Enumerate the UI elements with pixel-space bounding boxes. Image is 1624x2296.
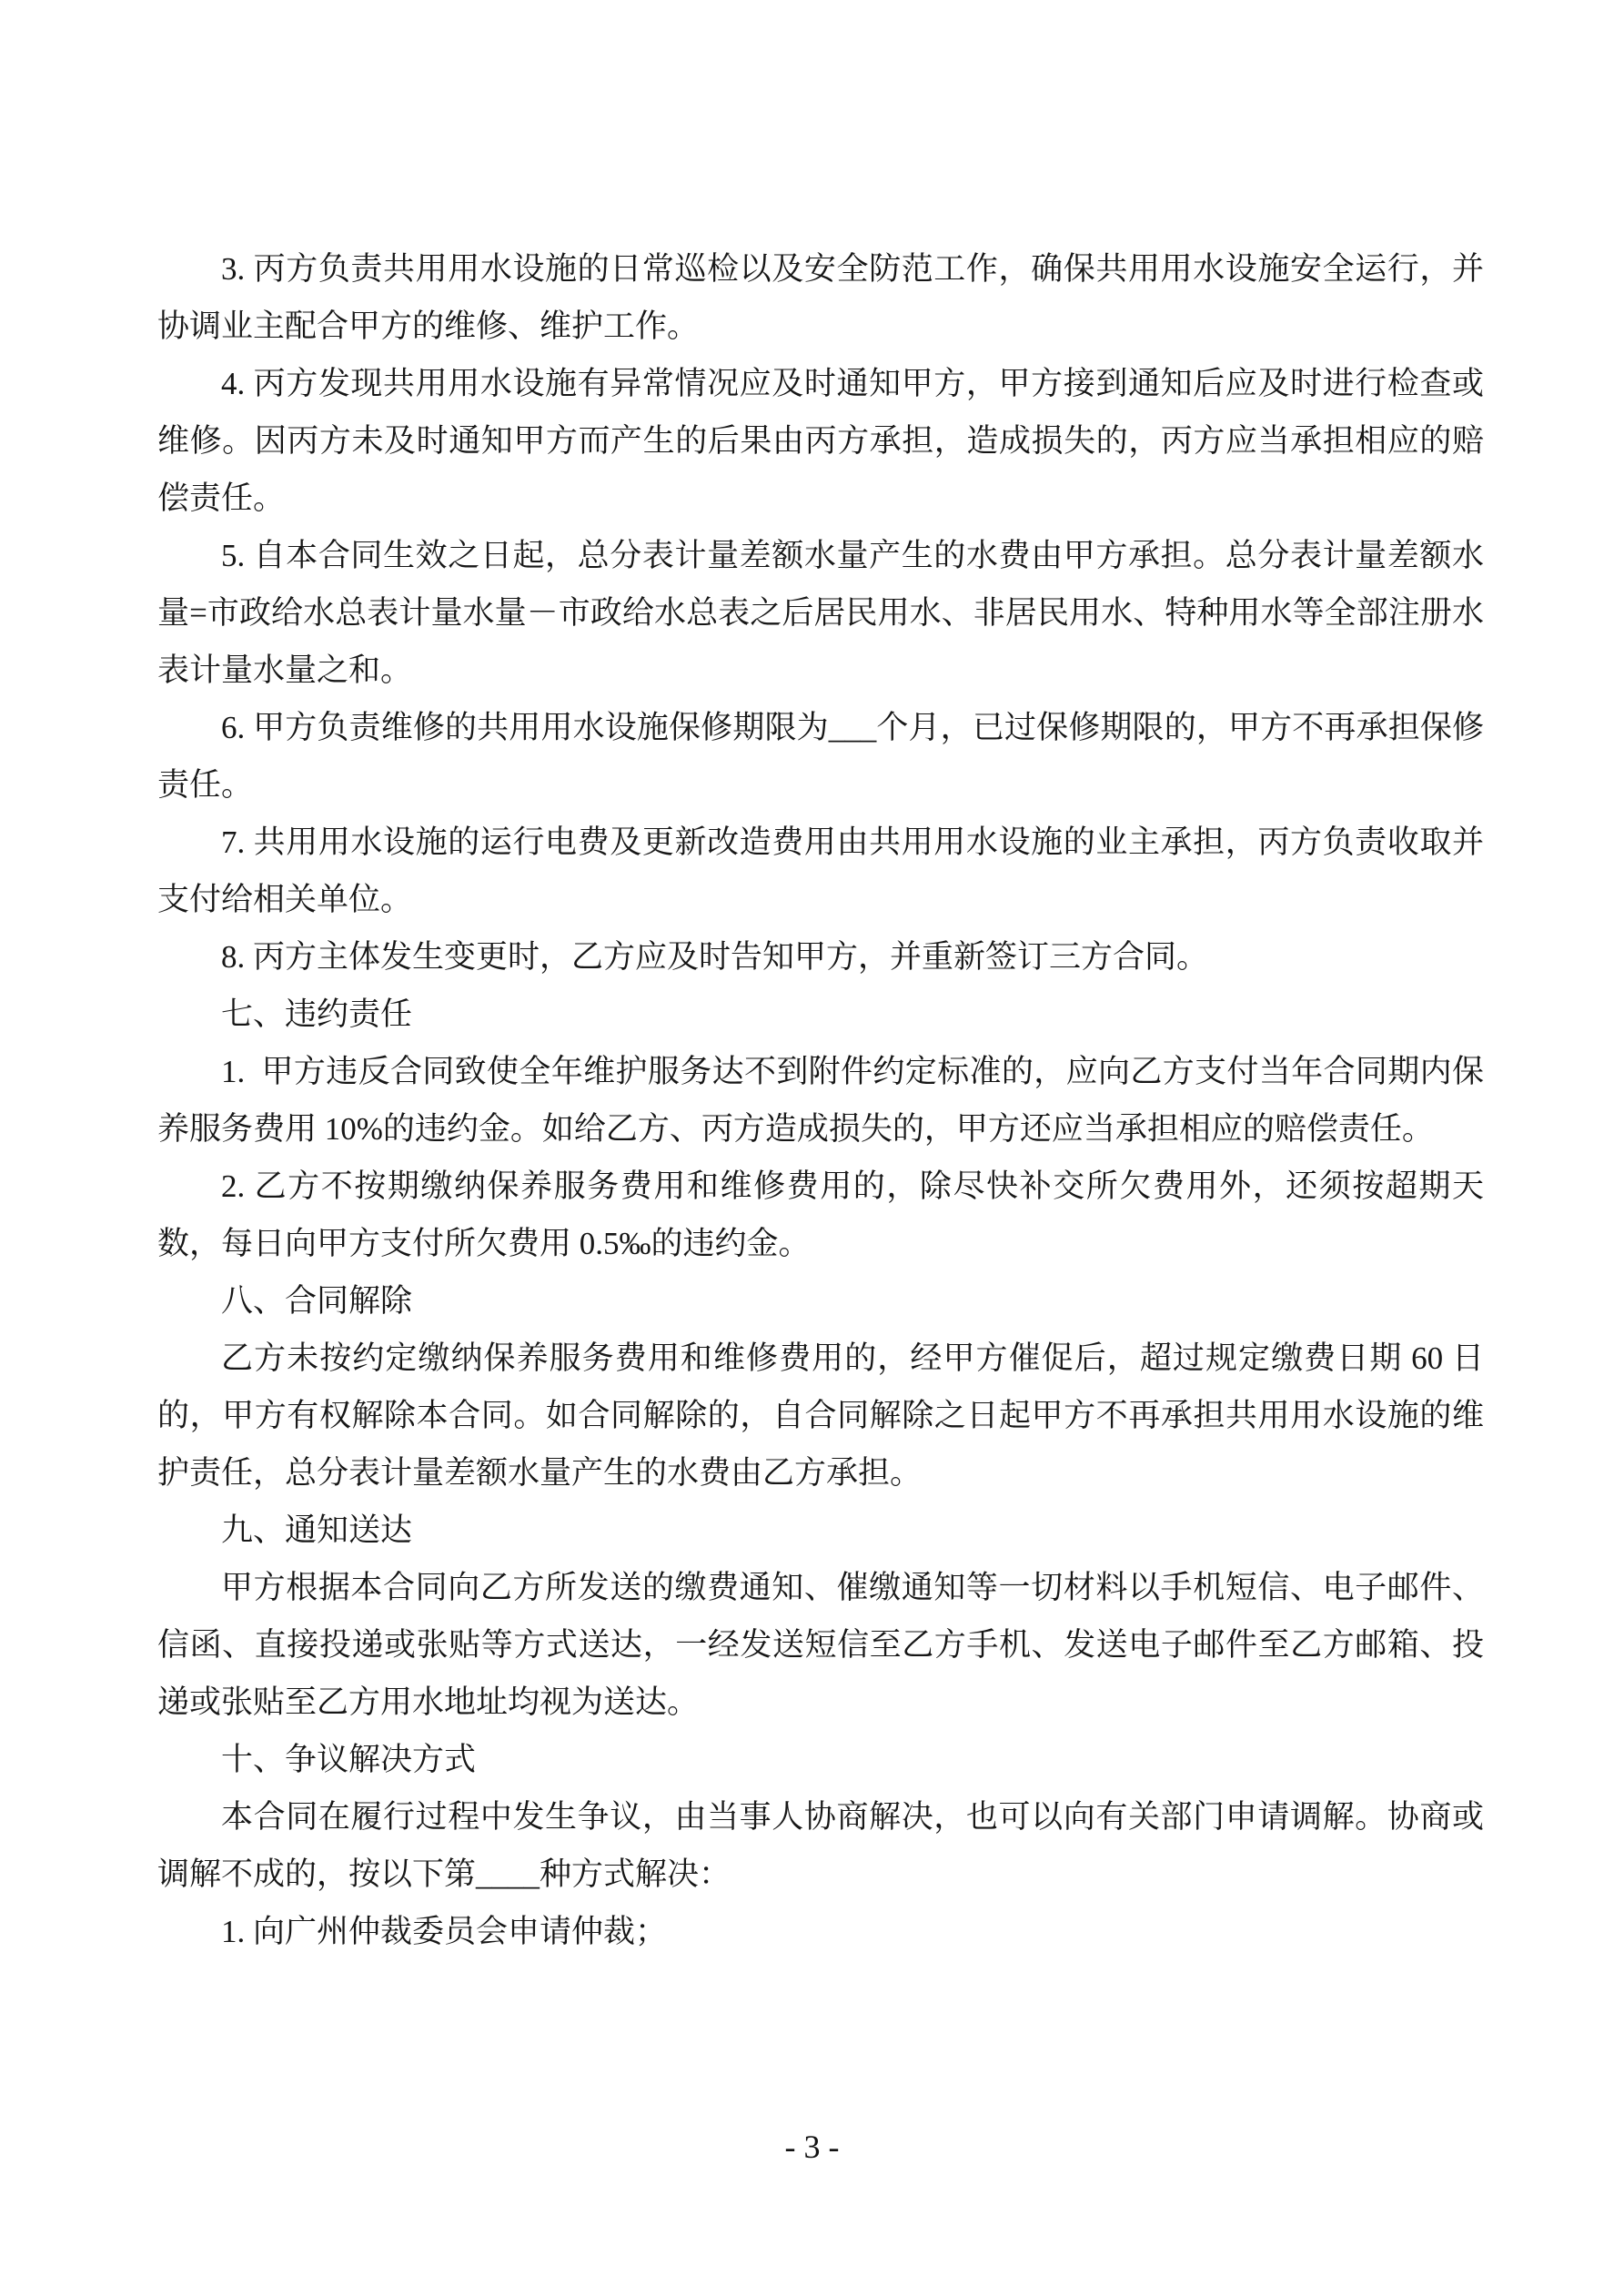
paragraph: 5. 自本合同生效之日起，总分表计量差额水量产生的水费由甲方承担。总分表计量差额… — [157, 527, 1484, 699]
paragraph: 2. 乙方不按期缴纳保养服务费用和维修费用的，除尽快补交所欠费用外，还须按超期天… — [157, 1158, 1484, 1272]
paragraph: 1. 甲方违反合同致使全年维护服务达不到附件约定标准的，应向乙方支付当年合同期内… — [157, 1043, 1484, 1158]
paragraph: 7. 共用用水设施的运行电费及更新改造费用由共用用水设施的业主承担，丙方负责收取… — [157, 814, 1484, 928]
contract-page: { "document": { "background_color": "#ff… — [0, 0, 1624, 2296]
paragraph: 本合同在履行过程中发生争议，由当事人协商解决，也可以向有关部门申请调解。协商或调… — [157, 1788, 1484, 1903]
paragraph: 1. 向广州仲裁委员会申请仲裁； — [157, 1903, 1484, 1960]
section-heading: 八、合同解除 — [157, 1272, 1484, 1330]
section-heading: 十、争议解决方式 — [157, 1731, 1484, 1788]
paragraph: 3. 丙方负责共用用水设施的日常巡检以及安全防范工作，确保共用用水设施安全运行，… — [157, 240, 1484, 355]
paragraph: 6. 甲方负责维修的共用用水设施保修期限为___个月，已过保修期限的，甲方不再承… — [157, 699, 1484, 814]
page-number: - 3 - — [0, 2128, 1624, 2166]
section-heading: 七、违约责任 — [157, 986, 1484, 1043]
paragraph: 甲方根据本合同向乙方所发送的缴费通知、催缴通知等一切材料以手机短信、电子邮件、信… — [157, 1559, 1484, 1731]
paragraph: 4. 丙方发现共用用水设施有异常情况应及时通知甲方，甲方接到通知后应及时进行检查… — [157, 355, 1484, 527]
paragraph: 乙方未按约定缴纳保养服务费用和维修费用的，经甲方催促后，超过规定缴费日期 60 … — [157, 1330, 1484, 1502]
document-body: 3. 丙方负责共用用水设施的日常巡检以及安全防范工作，确保共用用水设施安全运行，… — [157, 240, 1484, 1960]
section-heading: 九、通知送达 — [157, 1502, 1484, 1559]
paragraph: 8. 丙方主体发生变更时，乙方应及时告知甲方，并重新签订三方合同。 — [157, 928, 1484, 986]
